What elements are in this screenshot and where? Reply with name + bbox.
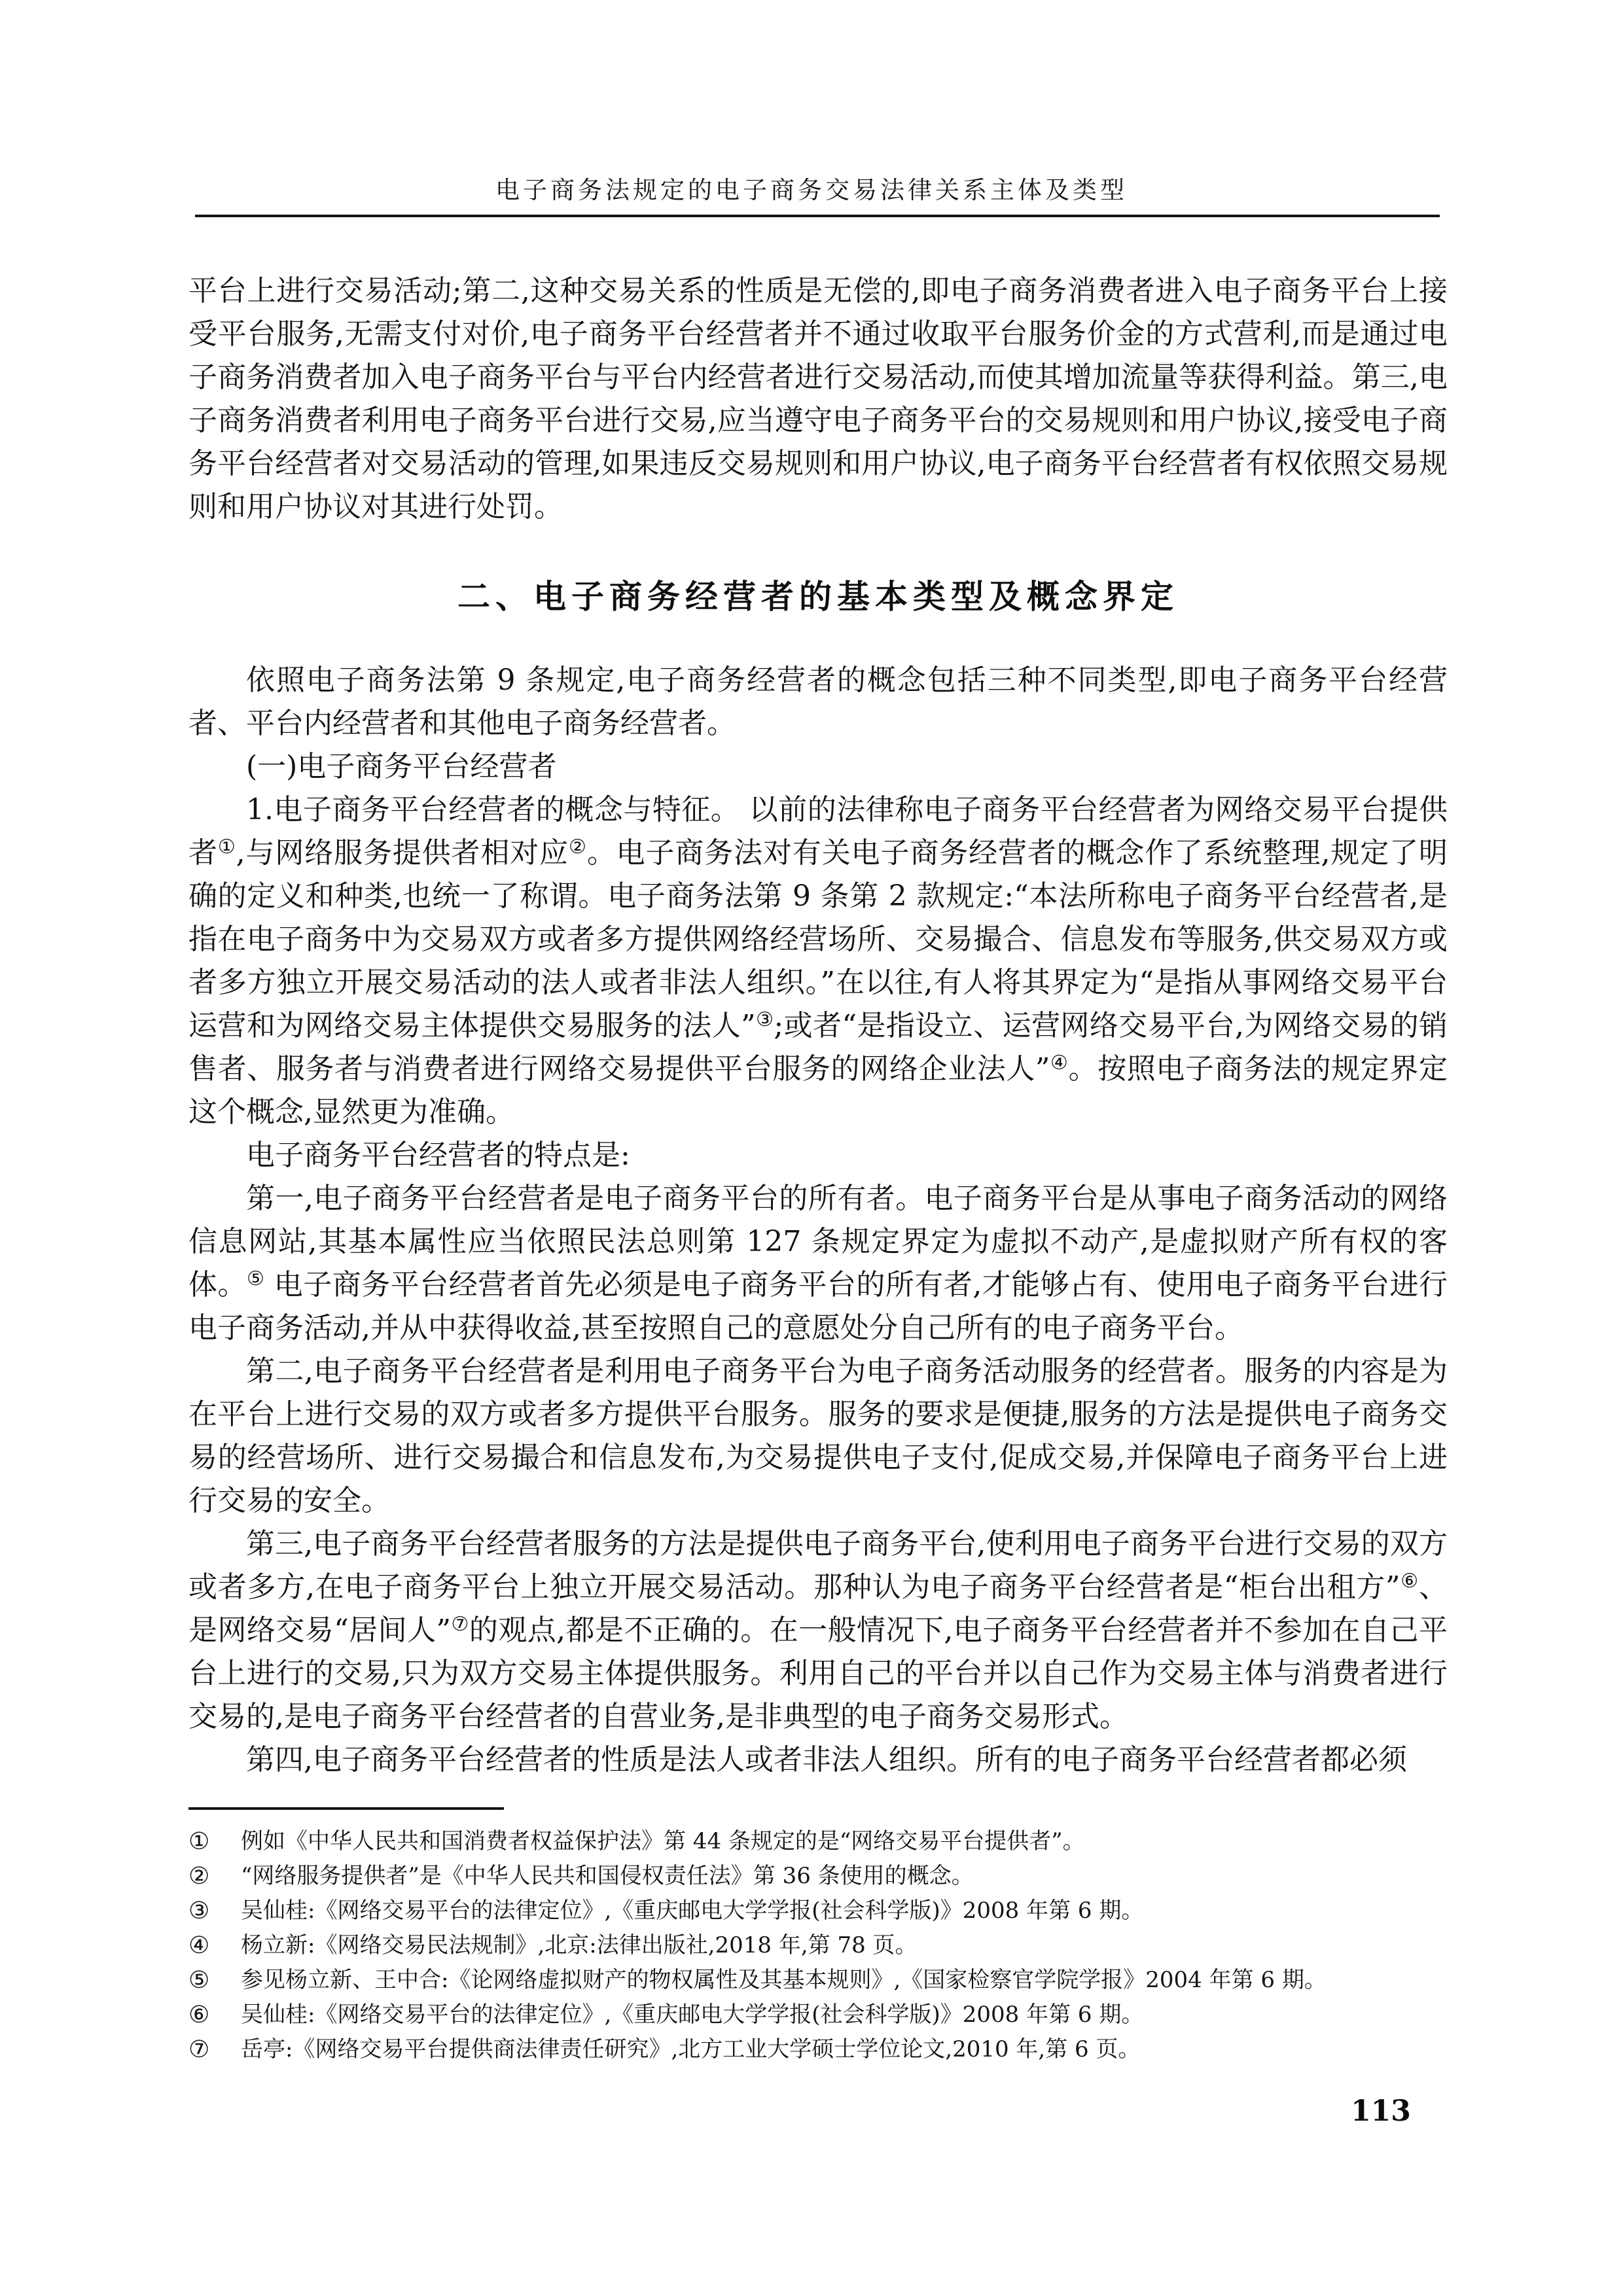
- footnote-ref: ⑦: [451, 1613, 469, 1636]
- footnote-ref: ⑤: [247, 1267, 264, 1290]
- header-rule: [195, 215, 1440, 217]
- page-number: 113: [1342, 2095, 1420, 2128]
- footnote-marker: ⑥: [188, 1998, 241, 2032]
- body-flow: 平台上进行交易活动;第二,这种交易关系的性质是无偿的,即电子商务消费者进入电子商…: [188, 270, 1448, 1782]
- footnote-text: 杨立新:《网络交易民法规制》,北京:法律出版社,2018 年,第 78 页。: [241, 1928, 1448, 1963]
- footnote-ref: ③: [756, 1008, 774, 1031]
- footnote-ref: ②: [569, 836, 587, 858]
- body-paragraph: 电子商务平台经营者的特点是:: [188, 1134, 1448, 1177]
- footnote-marker: ⑤: [188, 1963, 241, 1998]
- body-paragraph: 第一,电子商务平台经营者是电子商务平台的所有者。电子商务平台是从事电子商务活动的…: [188, 1177, 1448, 1350]
- footnote-marker: ④: [188, 1928, 241, 1963]
- footnote-ref: ①: [218, 836, 236, 858]
- body-paragraph: 第三,电子商务平台经营者服务的方法是提供电子商务平台,使利用电子商务平台进行交易…: [188, 1523, 1448, 1739]
- footnote-marker: ③: [188, 1894, 241, 1928]
- footnote-marker: ②: [188, 1859, 241, 1894]
- footnote-text: 例如《中华人民共和国消费者权益保护法》第 44 条规定的是“网络交易平台提供者”…: [241, 1824, 1448, 1859]
- footnote-text: 吴仙桂:《网络交易平台的法律定位》,《重庆邮电大学学报(社会科学版)》2008 …: [241, 1894, 1448, 1928]
- footnote-ref: ④: [1050, 1051, 1068, 1074]
- body-paragraph: 依照电子商务法第 9 条规定,电子商务经营者的概念包括三种不同类型,即电子商务平…: [188, 659, 1448, 745]
- footnotes-section: ①例如《中华人民共和国消费者权益保护法》第 44 条规定的是“网络交易平台提供者…: [188, 1807, 1448, 2067]
- body-paragraph: 1.电子商务平台经营者的概念与特征。 以前的法律称电子商务平台经营者为网络交易平…: [188, 788, 1448, 1134]
- running-title: 电子商务法规定的电子商务交易法律关系主体及类型: [0, 175, 1623, 205]
- body-paragraph: 第四,电子商务平台经营者的性质是法人或者非法人组织。所有的电子商务平台经营者都必…: [188, 1739, 1448, 1782]
- footnote-divider: [188, 1807, 504, 1810]
- footnote-ref: ⑥: [1400, 1570, 1419, 1593]
- footnote-item: ①例如《中华人民共和国消费者权益保护法》第 44 条规定的是“网络交易平台提供者…: [188, 1824, 1448, 1859]
- body-paragraph: (一)电子商务平台经营者: [188, 745, 1448, 788]
- section-heading: 二、电子商务经营者的基本类型及概念界定: [188, 574, 1448, 620]
- footnote-text: “网络服务提供者”是《中华人民共和国侵权责任法》第 36 条使用的概念。: [241, 1859, 1448, 1894]
- footnote-list: ①例如《中华人民共和国消费者权益保护法》第 44 条规定的是“网络交易平台提供者…: [188, 1824, 1448, 2067]
- body-paragraph: 第二,电子商务平台经营者是利用电子商务平台为电子商务活动服务的经营者。服务的内容…: [188, 1350, 1448, 1523]
- footnote-marker: ①: [188, 1824, 241, 1859]
- footnote-item: ④杨立新:《网络交易民法规制》,北京:法律出版社,2018 年,第 78 页。: [188, 1928, 1448, 1963]
- footnote-marker: ⑦: [188, 2032, 241, 2067]
- body-paragraph: 平台上进行交易活动;第二,这种交易关系的性质是无偿的,即电子商务消费者进入电子商…: [188, 270, 1448, 529]
- document-page: 电子商务法规定的电子商务交易法律关系主体及类型 平台上进行交易活动;第二,这种交…: [0, 0, 1623, 2296]
- footnote-item: ⑥吴仙桂:《网络交易平台的法律定位》,《重庆邮电大学学报(社会科学版)》2008…: [188, 1998, 1448, 2032]
- footnote-text: 参见杨立新、王中合:《论网络虚拟财产的物权属性及其基本规则》,《国家检察官学院学…: [241, 1963, 1448, 1998]
- footnote-item: ③吴仙桂:《网络交易平台的法律定位》,《重庆邮电大学学报(社会科学版)》2008…: [188, 1894, 1448, 1928]
- footnote-item: ⑦岳亭:《网络交易平台提供商法律责任研究》,北方工业大学硕士学位论文,2010 …: [188, 2032, 1448, 2067]
- footnote-text: 吴仙桂:《网络交易平台的法律定位》,《重庆邮电大学学报(社会科学版)》2008 …: [241, 1998, 1448, 2032]
- footnote-item: ②“网络服务提供者”是《中华人民共和国侵权责任法》第 36 条使用的概念。: [188, 1859, 1448, 1894]
- footnote-text: 岳亭:《网络交易平台提供商法律责任研究》,北方工业大学硕士学位论文,2010 年…: [241, 2032, 1448, 2067]
- footnote-item: ⑤参见杨立新、王中合:《论网络虚拟财产的物权属性及其基本规则》,《国家检察官学院…: [188, 1963, 1448, 1998]
